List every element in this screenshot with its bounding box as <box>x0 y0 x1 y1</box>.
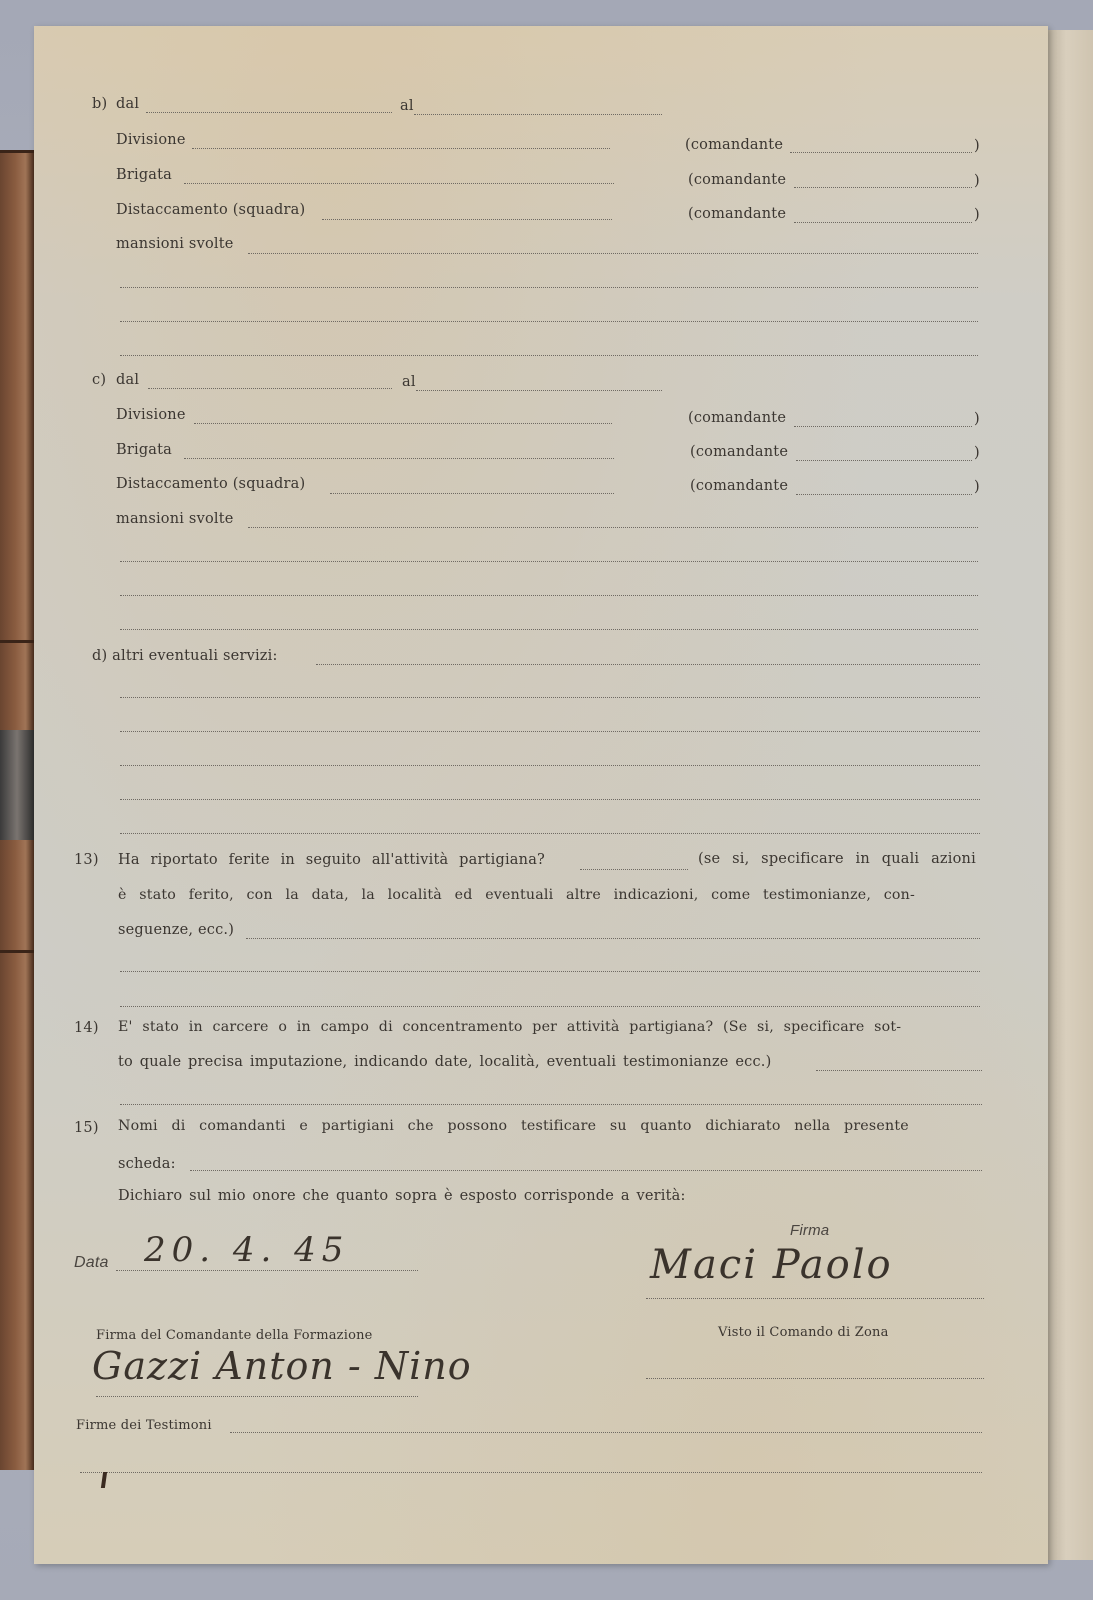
dal-label: dal <box>116 96 139 112</box>
q13-text-1b: (se si, specificare in quali azioni <box>698 851 976 867</box>
mansioni-line[interactable] <box>120 287 978 288</box>
binder-spine <box>0 150 34 1470</box>
q15-number: 15) <box>74 1120 99 1136</box>
q14-text-2: to quale precisa imputazione, indicando … <box>118 1054 771 1070</box>
mansioni-field[interactable] <box>248 527 978 528</box>
spine-divider <box>0 150 34 153</box>
altri-servizi-line[interactable] <box>120 731 980 732</box>
q13-number: 13) <box>74 852 99 868</box>
q14-answer-line[interactable] <box>120 1104 982 1105</box>
mansioni-line[interactable] <box>120 629 978 630</box>
data-field[interactable] <box>116 1270 418 1271</box>
q13-details-line[interactable] <box>120 1006 980 1007</box>
testimoni-line[interactable] <box>80 1472 982 1473</box>
comandante-field[interactable] <box>794 187 972 188</box>
q13-details-line[interactable] <box>120 971 980 972</box>
comandante-field[interactable] <box>794 426 972 427</box>
testimoni-label: Firme dei Testimoni <box>76 1418 212 1433</box>
q13-text-1a: Ha riportato ferite in seguito all'attiv… <box>118 852 545 868</box>
ink-mark <box>101 1472 107 1488</box>
brigata-field[interactable] <box>184 183 614 184</box>
testimoni-field[interactable] <box>230 1432 982 1433</box>
q13-details-field[interactable] <box>246 938 980 939</box>
firma-field[interactable] <box>646 1298 984 1299</box>
divisione-field[interactable] <box>192 148 610 149</box>
altri-servizi-line[interactable] <box>120 799 980 800</box>
mansioni-field[interactable] <box>248 253 978 254</box>
comandante-label: (comandante <box>688 172 786 188</box>
comandante-field[interactable] <box>790 152 972 153</box>
section-c-marker: c) <box>92 372 106 388</box>
data-label: Data <box>74 1254 109 1272</box>
dal-field[interactable] <box>146 112 392 113</box>
comandante-formazione-field[interactable] <box>96 1396 418 1397</box>
distaccamento-label: Distaccamento (squadra) <box>116 476 305 492</box>
firma-handwritten-value: Maci Paolo <box>650 1242 893 1288</box>
divisione-field[interactable] <box>194 423 612 424</box>
dal-label: dal <box>116 372 139 388</box>
comandante-label: (comandante <box>688 410 786 426</box>
brigata-label: Brigata <box>116 167 172 183</box>
comandante-label: (comandante <box>685 137 783 153</box>
q14-number: 14) <box>74 1020 99 1036</box>
divisione-label: Divisione <box>116 407 186 423</box>
mansioni-label: mansioni svolte <box>116 236 234 252</box>
q15-text-2: scheda: <box>118 1156 176 1172</box>
visto-comando-zona-label: Visto il Comando di Zona <box>718 1325 889 1340</box>
comandante-handwritten-value: Gazzi Anton - Nino <box>92 1344 472 1388</box>
comandante-label: (comandante <box>688 206 786 222</box>
altri-servizi-line[interactable] <box>120 765 980 766</box>
q15-text-1: Nomi di comandanti e partigiani che poss… <box>118 1118 909 1134</box>
spine-clasp <box>0 730 34 840</box>
next-page-edge <box>1046 30 1093 1560</box>
comandante-label: (comandante <box>690 478 788 494</box>
mansioni-line[interactable] <box>120 321 978 322</box>
q13-text-2: è stato ferito, con la data, la località… <box>118 887 915 903</box>
mansioni-line[interactable] <box>120 355 978 356</box>
distaccamento-label: Distaccamento (squadra) <box>116 202 305 218</box>
firma-label: Firma <box>790 1222 829 1239</box>
section-b-marker: b) <box>92 96 107 112</box>
close-paren: ) <box>974 479 980 495</box>
comandante-formazione-label: Firma del Comandante della Formazione <box>96 1328 373 1343</box>
q13-text-3: seguenze, ecc.) <box>118 922 234 938</box>
distaccamento-field[interactable] <box>322 219 612 220</box>
comandante-field[interactable] <box>794 222 972 223</box>
close-paren: ) <box>974 173 980 189</box>
close-paren: ) <box>974 411 980 427</box>
comandante-field[interactable] <box>796 494 972 495</box>
mansioni-line[interactable] <box>120 561 978 562</box>
data-handwritten-value: 20. 4. 45 <box>144 1230 349 1270</box>
mansioni-line[interactable] <box>120 595 978 596</box>
q13-answer-field[interactable] <box>580 869 688 870</box>
comandante-field[interactable] <box>796 460 972 461</box>
al-field[interactable] <box>414 114 662 115</box>
divisione-label: Divisione <box>116 132 186 148</box>
mansioni-label: mansioni svolte <box>116 511 234 527</box>
close-paren: ) <box>974 138 980 154</box>
visto-comando-zona-field[interactable] <box>646 1378 984 1379</box>
distaccamento-field[interactable] <box>330 493 614 494</box>
q14-text-1: E' stato in carcere o in campo di concen… <box>118 1019 901 1035</box>
brigata-field[interactable] <box>184 458 614 459</box>
altri-servizi-line[interactable] <box>120 833 980 834</box>
al-label: al <box>402 374 416 390</box>
al-label: al <box>400 98 414 114</box>
form-page: b) dal al Divisione (comandante ) Brigat… <box>34 26 1048 1564</box>
dal-field[interactable] <box>148 388 392 389</box>
declaration-text: Dichiaro sul mio onore che quanto sopra … <box>118 1188 686 1204</box>
close-paren: ) <box>974 445 980 461</box>
altri-servizi-field[interactable] <box>316 664 980 665</box>
brigata-label: Brigata <box>116 442 172 458</box>
al-field[interactable] <box>416 390 662 391</box>
close-paren: ) <box>974 207 980 223</box>
q15-names-field[interactable] <box>190 1170 982 1171</box>
altri-servizi-line[interactable] <box>120 697 980 698</box>
q14-answer-field[interactable] <box>816 1070 982 1071</box>
altri-servizi-label: d) altri eventuali servizi: <box>92 648 278 664</box>
spine-divider <box>0 950 34 953</box>
comandante-label: (comandante <box>690 444 788 460</box>
spine-divider <box>0 640 34 643</box>
